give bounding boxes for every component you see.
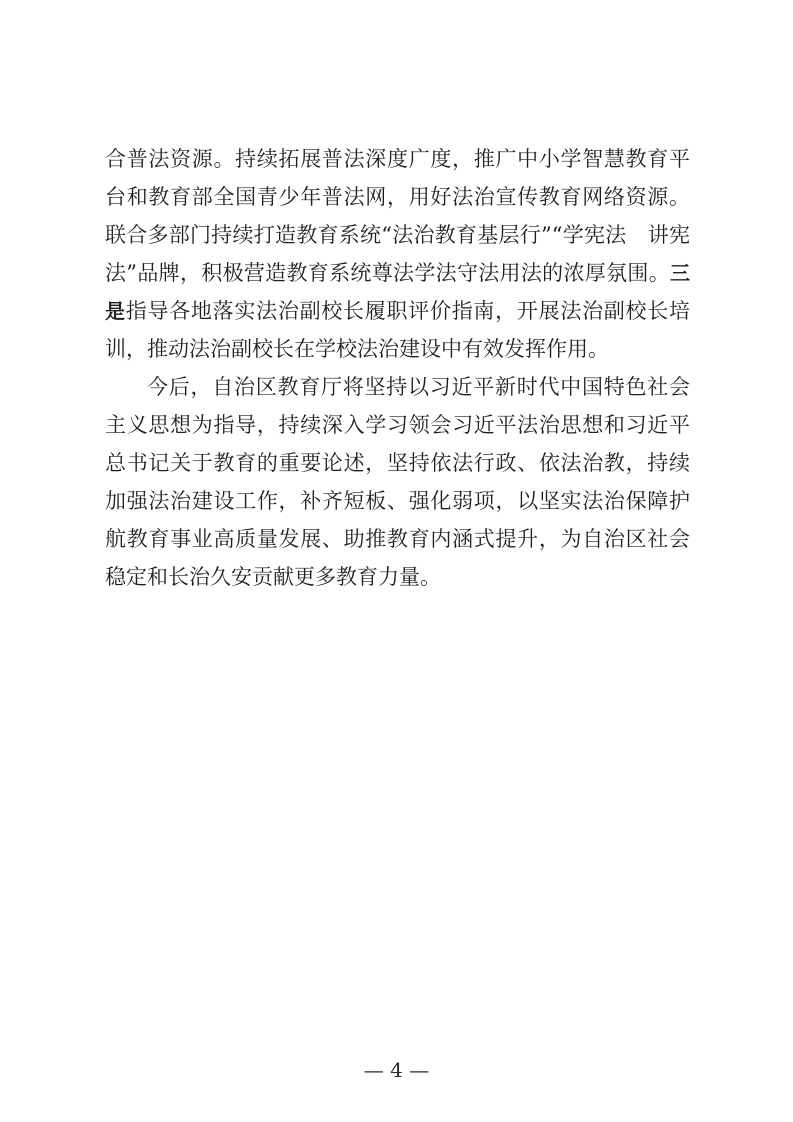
page-number: — 4 — — [364, 1058, 429, 1082]
page-footer: — 4 — — [0, 1055, 793, 1085]
paragraph-text-before-bold: 合普法资源。持续拓展普法深度广度，推广中小学智慧教育平台和教育部全国青少年普法网… — [105, 147, 690, 285]
closing-paragraph: 今后，自治区教育厅将坚持以习近平新时代中国特色社会主义思想为指导，持续深入学习领… — [105, 368, 690, 596]
document-body: 合普法资源。持续拓展普法深度广度，推广中小学智慧教育平台和教育部全国青少年普法网… — [105, 140, 690, 596]
paragraph-continuation: 合普法资源。持续拓展普法深度广度，推广中小学智慧教育平台和教育部全国青少年普法网… — [105, 140, 690, 368]
paragraph-text-after-bold: 指导各地落实法治副校长履职评价指南，开展法治副校长培训，推动法治副校长在学校法治… — [105, 299, 690, 361]
document-page: 合普法资源。持续拓展普法深度广度，推广中小学智慧教育平台和教育部全国青少年普法网… — [0, 0, 793, 1122]
